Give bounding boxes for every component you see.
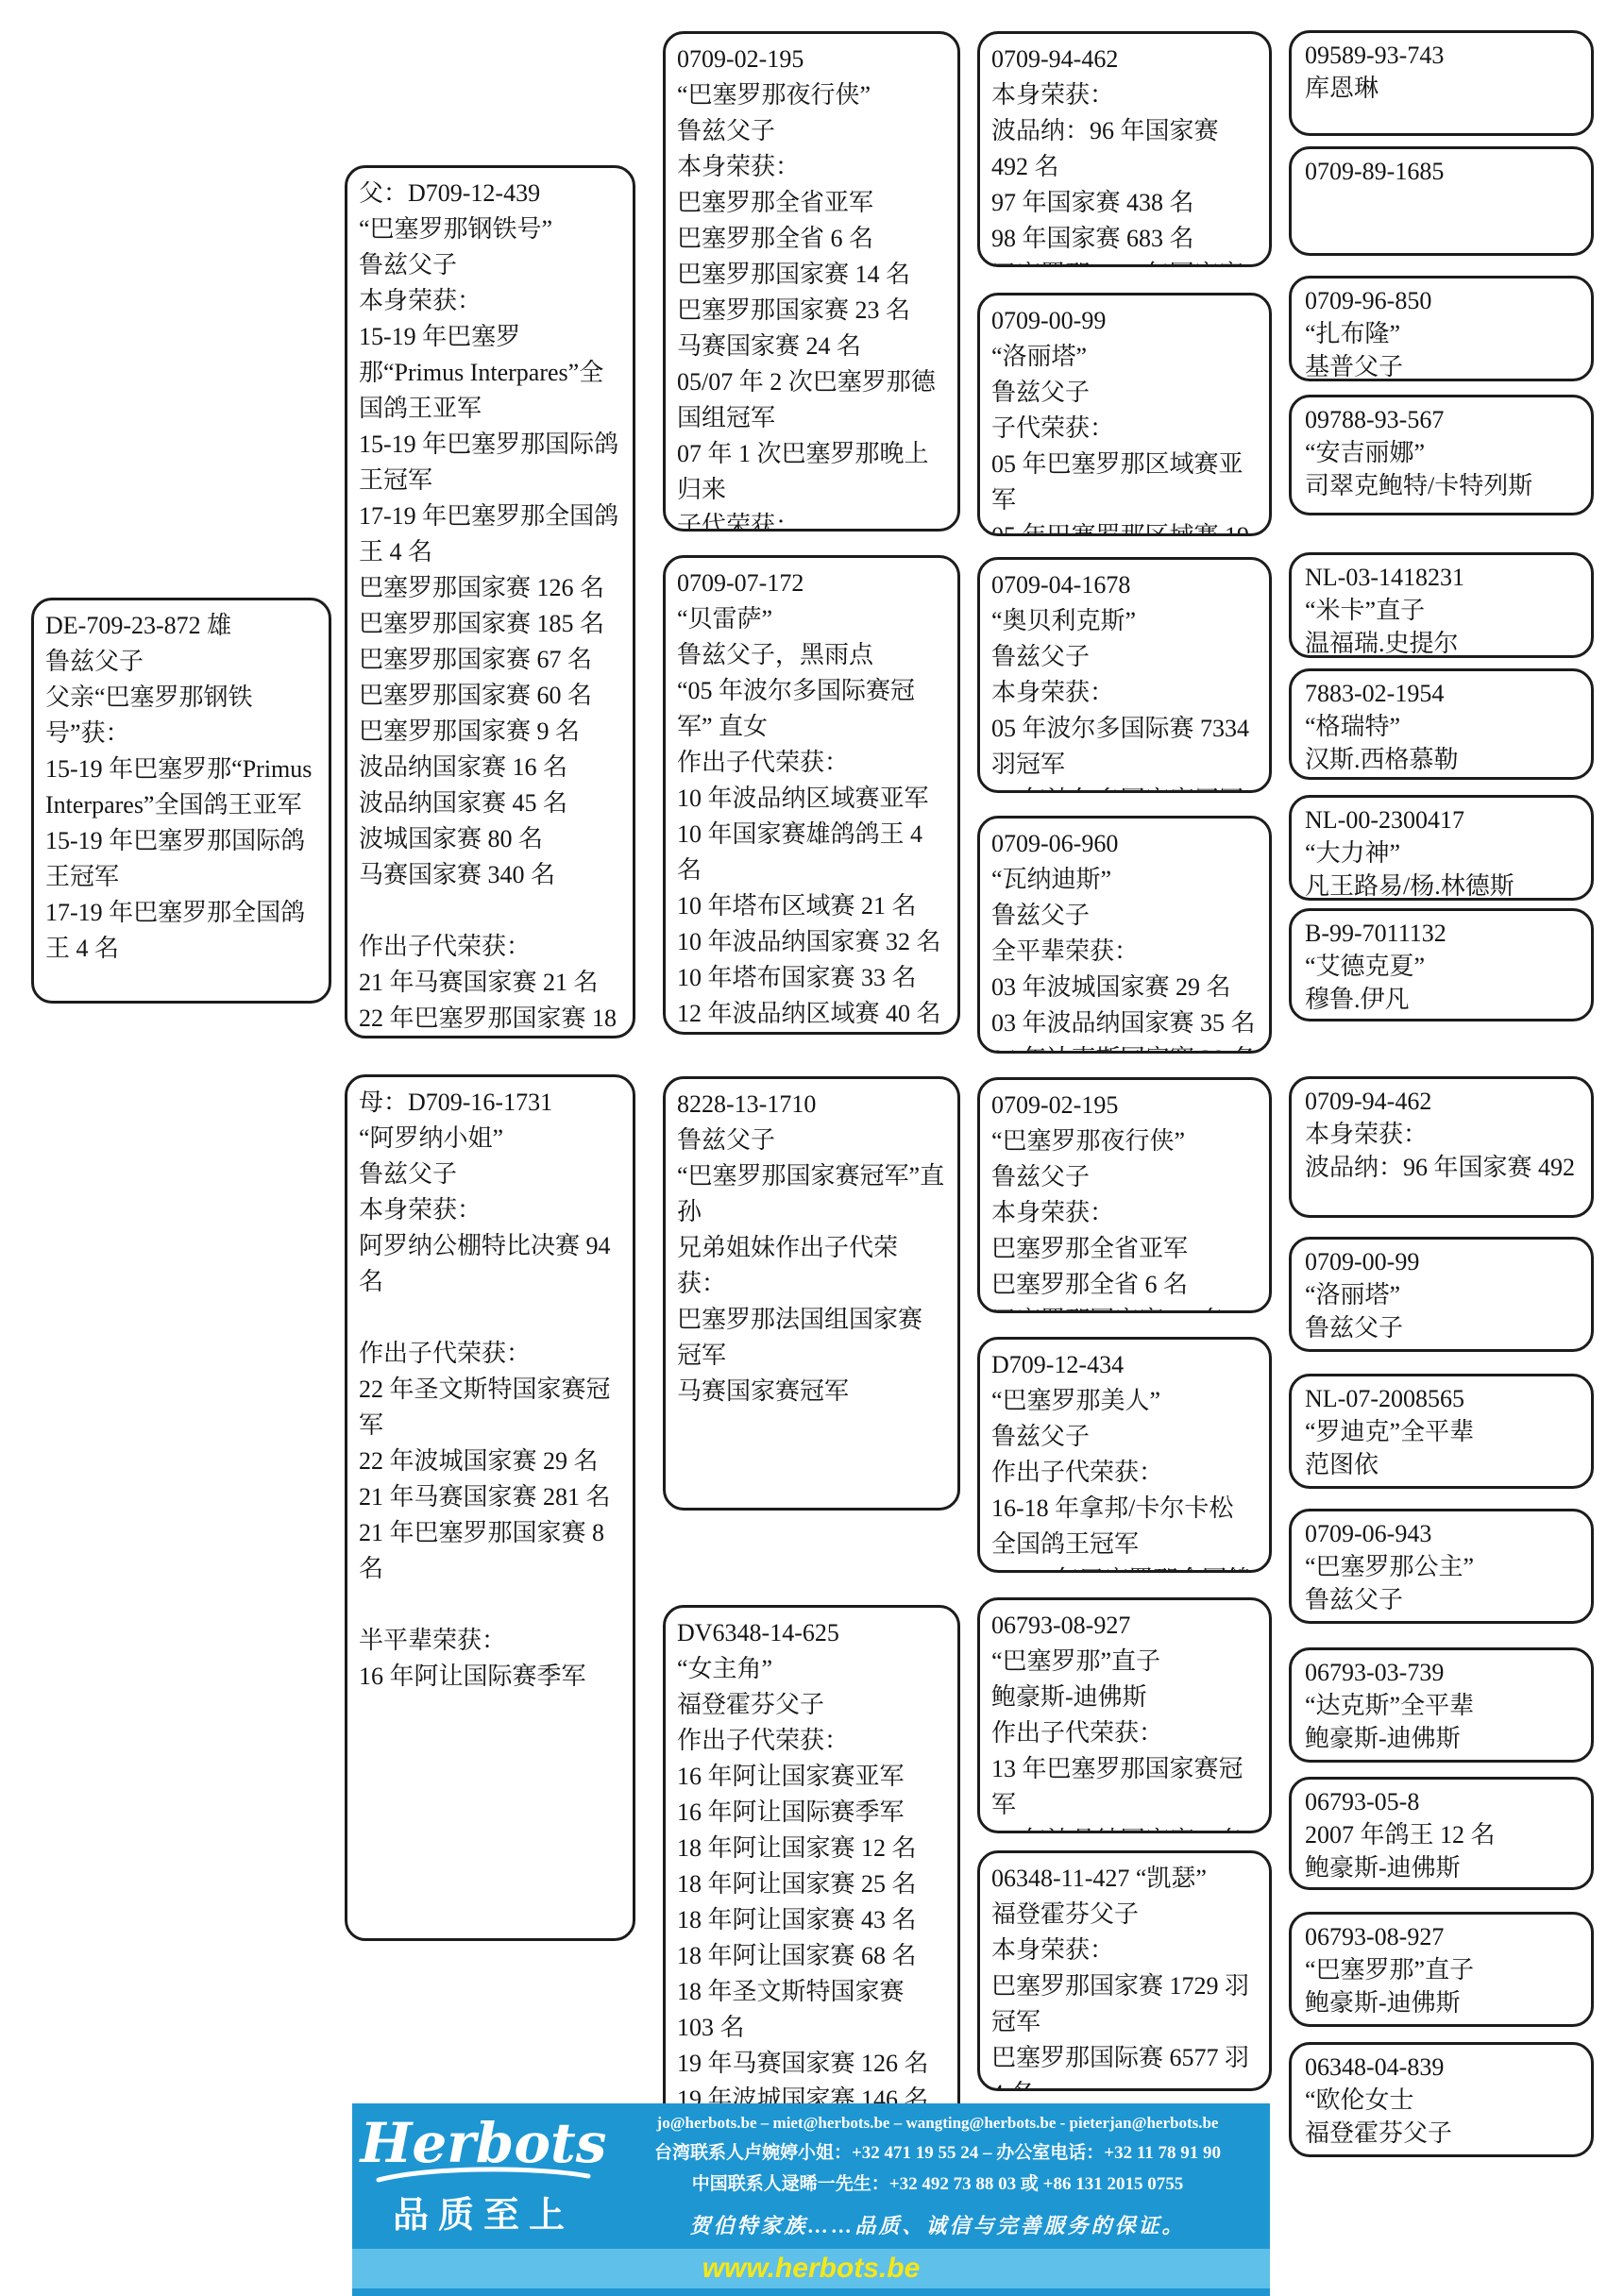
footer-china-contact: 中国联系人逯晞一先生：+32 492 73 88 03 或 +86 131 20… — [615, 2169, 1260, 2195]
pedigree-box-gen4-15: 06793-08-927 “巴塞罗那”直子 鲍豪斯-迪佛斯 — [1289, 1912, 1594, 2027]
pedigree-box-gen4-3: 0709-96-850 “扎布隆” 基普父子 — [1289, 276, 1594, 381]
pedigree-box-greatgrandparent-1: 0709-94-462 本身荣获： 波品纳：96 年国家赛 492 名 97 年… — [977, 31, 1272, 267]
logo-swoosh-icon — [375, 2165, 592, 2184]
footer-emails: jo@herbots.be – miet@herbots.be – wangti… — [615, 2114, 1260, 2133]
pedigree-box-gen4-12: 0709-06-943 “巴塞罗那公主” 鲁兹父子 — [1289, 1509, 1594, 1624]
pedigree-box-gen4-13: 06793-03-739 “达克斯”全平辈 鲍豪斯-迪佛斯 — [1289, 1647, 1594, 1763]
pedigree-box-grandsire-paternal: 0709-02-195 “巴塞罗那夜行侠” 鲁兹父子 本身荣获： 巴塞罗那全省亚… — [663, 31, 960, 532]
pedigree-box-gen4-7: NL-00-2300417 “大力神” 凡王路易/杨.林德斯 — [1289, 795, 1594, 901]
pedigree-box-gen4-14: 06793-05-8 2007 年鸽王 12 名 鲍豪斯-迪佛斯 — [1289, 1777, 1594, 1890]
pedigree-box-gen4-2: 0709-89-1685 — [1289, 146, 1594, 256]
pedigree-box-greatgrandparent-8: 06348-11-427 “凯瑟” 福登霍芬父子 本身荣获： 巴塞罗那国家赛 1… — [977, 1850, 1272, 2091]
pedigree-box-mother: 母：D709-16-1731 “阿罗纳小姐” 鲁兹父子 本身荣获： 阿罗纳公棚特… — [345, 1074, 635, 1941]
pedigree-box-gen4-6: 7883-02-1954 “格瑞特” 汉斯.西格慕勒 — [1289, 668, 1594, 780]
pedigree-box-gen4-1: 09589-93-743 库恩琳 — [1289, 30, 1594, 136]
pedigree-box-gen4-16: 06348-04-839 “欧伦女士 福登霍芬父子 — [1289, 2042, 1594, 2157]
pedigree-box-greatgrandparent-3: 0709-04-1678 “奥贝利克斯” 鲁兹父子 本身荣获： 05 年波尔多国… — [977, 557, 1272, 793]
pedigree-box-grandsire-maternal: 8228-13-1710 鲁兹父子 “巴塞罗那国家赛冠军”直孙 兄弟姐妹作出子代… — [663, 1076, 960, 1511]
footer-bottom-band — [352, 2288, 1270, 2296]
pedigree-box-gen4-5: NL-03-1418231 “米卡”直子 温福瑞.史提尔 — [1289, 552, 1594, 658]
pedigree-box-greatgrandparent-4: 0709-06-960 “瓦纳迪斯” 鲁兹父子 全平辈荣获： 03 年波城国家赛… — [977, 816, 1272, 1054]
pedigree-box-greatgrandparent-6: D709-12-434 “巴塞罗那美人” 鲁兹父子 作出子代荣获： 16-18 … — [977, 1337, 1272, 1573]
pedigree-box-gen4-8: B-99-7011132 “艾德克夏” 穆鲁.伊凡 — [1289, 908, 1594, 1021]
pedigree-box-subject: DE-709-23-872 雄 鲁兹父子 父亲“巴塞罗那钢铁号”获： 15-19… — [31, 598, 331, 1004]
herbots-logo-text: Herbots — [361, 2116, 607, 2170]
pedigree-box-greatgrandparent-5: 0709-02-195 “巴塞罗那夜行侠” 鲁兹父子 本身荣获： 巴塞罗那全省亚… — [977, 1077, 1272, 1313]
pedigree-box-greatgrandparent-7: 06793-08-927 “巴塞罗那”直子 鲍豪斯-迪佛斯 作出子代荣获： 13… — [977, 1597, 1272, 1833]
pedigree-page: DE-709-23-872 雄 鲁兹父子 父亲“巴塞罗那钢铁号”获： 15-19… — [0, 0, 1624, 2296]
pedigree-box-gen4-9: 0709-94-462 本身荣获： 波品纳：96 年国家赛 492 — [1289, 1076, 1594, 1218]
pedigree-box-gen4-11: NL-07-2008565 “罗迪克”全平辈 范图依 — [1289, 1374, 1594, 1489]
footer-motto: 贺伯特家族……品质、诚信与完善服务的保证。 — [615, 2210, 1260, 2239]
herbots-logo: Herbots 品质至上 — [352, 2103, 615, 2249]
pedigree-box-greatgrandparent-2: 0709-00-99 “洛丽塔” 鲁兹父子 子代荣获： 05 年巴塞罗那区域赛亚… — [977, 293, 1272, 536]
pedigree-box-father: 父：D709-12-439 “巴塞罗那钢铁号” 鲁兹父子 本身荣获： 15-19… — [345, 165, 635, 1038]
footer-main: Herbots 品质至上 jo@herbots.be – miet@herbot… — [352, 2103, 1270, 2249]
footer-contacts: jo@herbots.be – miet@herbots.be – wangti… — [615, 2103, 1270, 2249]
pedigree-box-gen4-10: 0709-00-99 “洛丽塔” 鲁兹父子 — [1289, 1237, 1594, 1352]
pedigree-box-gen4-4: 09788-93-567 “安吉丽娜” 司翠克鲍特/卡特列斯 — [1289, 395, 1594, 515]
footer-url-link[interactable]: www.herbots.be — [702, 2253, 921, 2285]
footer-taiwan-contact: 台湾联系人卢婉婷小姐：+32 471 19 55 24 – 办公室电话：+32 … — [615, 2138, 1260, 2164]
pedigree-box-granddam-paternal: 0709-07-172 “贝雷萨” 鲁兹父子，黑雨点 “05 年波尔多国际赛冠军… — [663, 555, 960, 1035]
footer-quality-slogan: 品质至上 — [393, 2186, 574, 2237]
footer-url-strip: www.herbots.be — [352, 2249, 1270, 2288]
footer-banner: Herbots 品质至上 jo@herbots.be – miet@herbot… — [352, 2103, 1270, 2296]
